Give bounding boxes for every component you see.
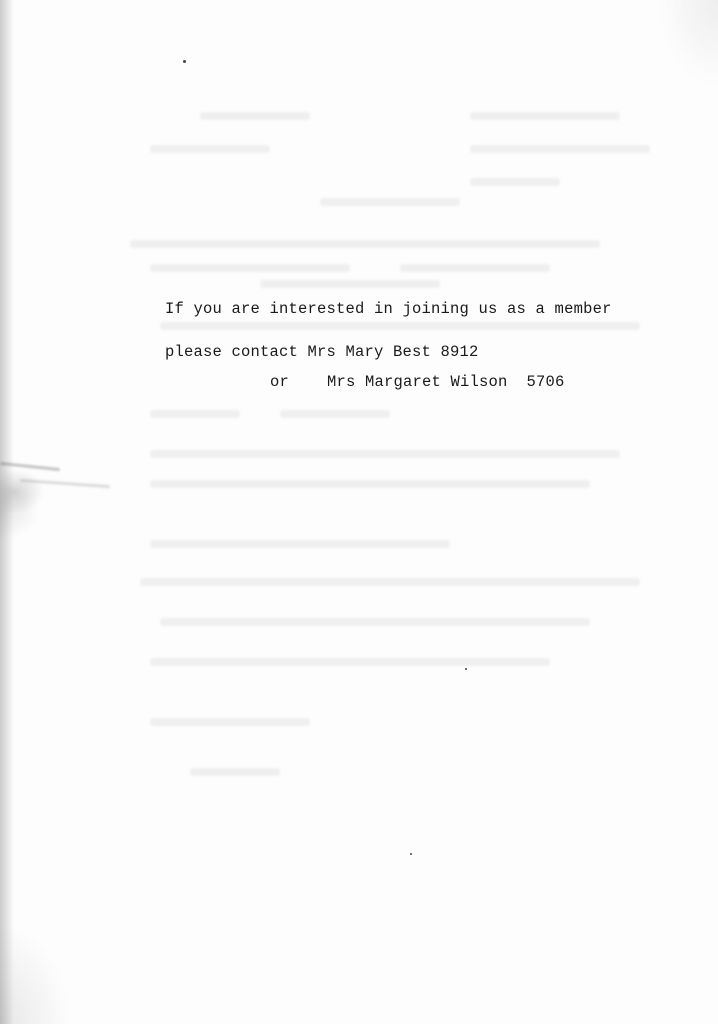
- bleed-through-mark: [280, 410, 390, 418]
- bleed-through-mark: [260, 280, 440, 288]
- bleed-through-mark: [150, 410, 240, 418]
- bleed-through-mark: [320, 198, 460, 206]
- contact-line-primary: please contact Mrs Mary Best 8912: [165, 343, 479, 361]
- bleed-through-mark: [150, 658, 550, 666]
- bleed-through-mark: [150, 264, 350, 272]
- bleed-through-mark: [470, 112, 620, 120]
- speck-mark: [465, 668, 467, 670]
- speck-mark: [410, 853, 412, 855]
- document-page: If you are interested in joining us as a…: [0, 0, 718, 1024]
- page-edge-shadow: [0, 0, 14, 1024]
- bleed-through-mark: [190, 768, 280, 776]
- bleed-through-mark: [150, 480, 590, 488]
- bleed-through-mark: [150, 145, 270, 153]
- bleed-through-mark: [470, 145, 650, 153]
- speck-mark: [183, 60, 186, 63]
- bleed-through-mark: [160, 618, 590, 626]
- bleed-through-mark: [150, 718, 310, 726]
- bleed-through-mark: [130, 240, 600, 248]
- bleed-through-mark: [160, 322, 640, 330]
- bleed-through-mark: [150, 450, 620, 458]
- smudge-mark: [20, 479, 110, 488]
- bleed-through-mark: [470, 178, 560, 186]
- bleed-through-mark: [140, 578, 640, 586]
- bleed-through-mark: [400, 264, 550, 272]
- bleed-through-mark: [150, 540, 450, 548]
- contact-line-alternate: or Mrs Margaret Wilson 5706: [270, 373, 565, 391]
- membership-invitation-line: If you are interested in joining us as a…: [165, 300, 612, 318]
- bleed-through-mark: [200, 112, 310, 120]
